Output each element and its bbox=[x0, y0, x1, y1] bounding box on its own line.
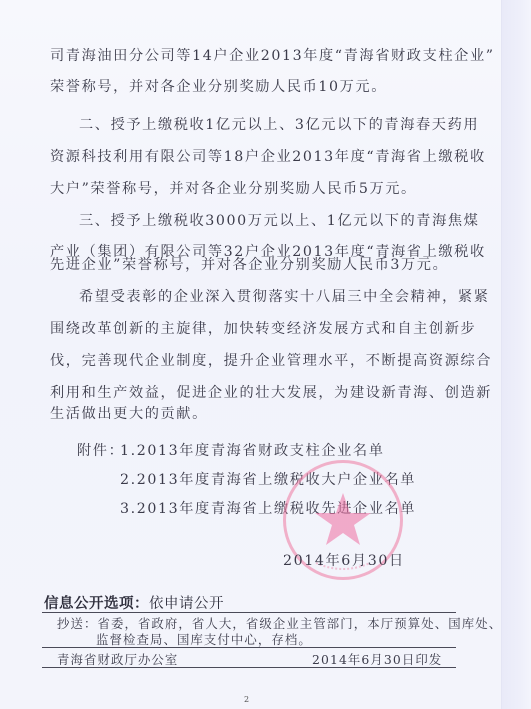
body-line: 先进企业”荣誉称号，并对各企业分别奖励人民币3万元。 bbox=[50, 254, 448, 274]
signature-date: 2014年6月30日 bbox=[283, 550, 405, 570]
page-edge bbox=[501, 0, 531, 709]
body-line: 希望受表彰的企业深入贯彻落实十八届三中全会精神，紧紧 bbox=[79, 286, 489, 306]
body-line: 生活做出更大的贡献。 bbox=[50, 403, 208, 423]
body-line: 资源科技利用有限公司等18户企业2013年度“青海省上缴税收 bbox=[50, 146, 486, 166]
page-number: 2 bbox=[244, 695, 249, 704]
body-line: 三、授予上缴税收3000万元以上、1亿元以下的青海焦煤 bbox=[79, 210, 479, 230]
cc-line: 监督检查局、国库支付中心，存档。 bbox=[96, 630, 312, 648]
issue-date: 2014年6月30日印发 bbox=[312, 650, 442, 668]
divider bbox=[42, 612, 456, 613]
divider bbox=[42, 647, 456, 648]
disclosure-row: 信息公开选项：依申请公开 bbox=[44, 592, 224, 613]
disclosure-value: 依申请公开 bbox=[149, 596, 224, 612]
attachment-item: 1.2013年度青海省财政支柱企业名单 bbox=[120, 440, 384, 460]
attachments-label: 附件： bbox=[77, 440, 124, 460]
disclosure-label: 信息公开选项： bbox=[44, 596, 149, 612]
body-line: 二、授予上缴税收1亿元以上、3亿元以下的青海春天药用 bbox=[79, 114, 479, 134]
document-page: 司青海油田分公司等14户企业2013年度“青海省财政支柱企业” 荣誉称号，并对各… bbox=[0, 0, 501, 709]
body-line: 围绕改革创新的主旋律，加快转变经济发展方式和自主创新步 bbox=[50, 318, 476, 338]
body-line: 伐，完善现代企业制度，提升企业管理水平，不断提高资源综合 bbox=[50, 350, 492, 370]
body-line: 大户”荣誉称号，并对各企业分别奖励人民币5万元。 bbox=[50, 178, 417, 198]
body-line: 司青海油田分公司等14户企业2013年度“青海省财政支柱企业” bbox=[50, 45, 495, 65]
divider bbox=[42, 667, 456, 668]
body-line: 利用和生产效益，促进企业的壮大发展，为建设新青海、创造新 bbox=[50, 382, 492, 402]
issuer: 青海省财政厅办公室 bbox=[57, 650, 178, 668]
body-line: 荣誉称号，并对各企业分别奖励人民币10万元。 bbox=[50, 76, 387, 96]
